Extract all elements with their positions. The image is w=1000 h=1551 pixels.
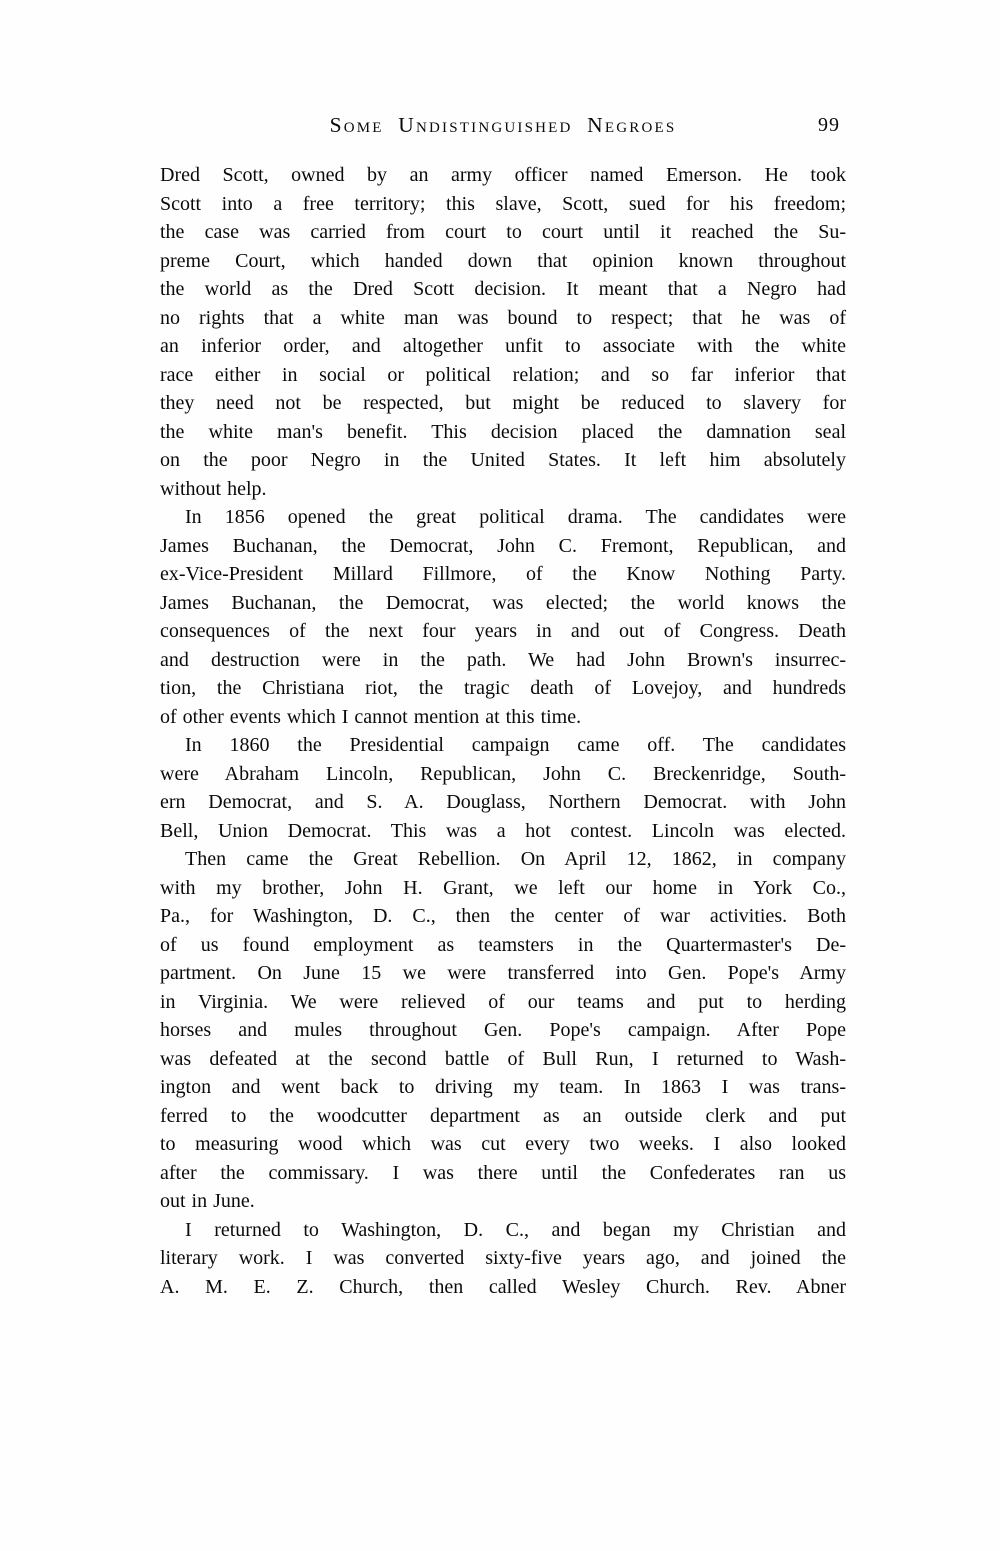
text-line: with my brother, John H. Grant, we left … xyxy=(160,874,846,903)
paragraph: Dred Scott, owned by an army officer nam… xyxy=(160,161,846,503)
text-line: were Abraham Lincoln, Republican, John C… xyxy=(160,760,846,789)
text-line: James Buchanan, the Democrat, was electe… xyxy=(160,589,846,618)
text-line: an inferior order, and altogether unfit … xyxy=(160,332,846,361)
text-line: ern Democrat, and S. A. Douglass, Northe… xyxy=(160,788,846,817)
paragraph: In 1860 the Presidential campaign came o… xyxy=(160,731,846,845)
text-line: In 1856 opened the great political drama… xyxy=(160,503,846,532)
text-line: of us found employment as teamsters in t… xyxy=(160,931,846,960)
text-line: James Buchanan, the Democrat, John C. Fr… xyxy=(160,532,846,561)
text-line: the case was carried from court to court… xyxy=(160,218,846,247)
text-line: without help. xyxy=(160,475,846,504)
text-line: race either in social or political relat… xyxy=(160,361,846,390)
text-line: they need not be respected, but might be… xyxy=(160,389,846,418)
body-text: Dred Scott, owned by an army officer nam… xyxy=(160,161,846,1301)
running-header-title: Some Undistinguished Negroes xyxy=(160,112,846,138)
text-line: to measuring wood which was cut every tw… xyxy=(160,1130,846,1159)
text-line: A. M. E. Z. Church, then called Wesley C… xyxy=(160,1273,846,1302)
text-line: and destruction were in the path. We had… xyxy=(160,646,846,675)
text-line: Then came the Great Rebellion. On April … xyxy=(160,845,846,874)
text-line: literary work. I was converted sixty-fiv… xyxy=(160,1244,846,1273)
text-line: on the poor Negro in the United States. … xyxy=(160,446,846,475)
text-column: Some Undistinguished Negroes 99 Dred Sco… xyxy=(160,112,846,1301)
text-line: out in June. xyxy=(160,1187,846,1216)
text-line: In 1860 the Presidential campaign came o… xyxy=(160,731,846,760)
text-line: ex-Vice-President Millard Fillmore, of t… xyxy=(160,560,846,589)
text-line: I returned to Washington, D. C., and beg… xyxy=(160,1216,846,1245)
text-line: Scott into a free territory; this slave,… xyxy=(160,190,846,219)
text-line: was defeated at the second battle of Bul… xyxy=(160,1045,846,1074)
text-line: partment. On June 15 we were transferred… xyxy=(160,959,846,988)
text-line: of other events which I cannot mention a… xyxy=(160,703,846,732)
text-line: in Virginia. We were relieved of our tea… xyxy=(160,988,846,1017)
book-page: Some Undistinguished Negroes 99 Dred Sco… xyxy=(0,0,1000,1551)
text-line: horses and mules throughout Gen. Pope's … xyxy=(160,1016,846,1045)
text-line: the world as the Dred Scott decision. It… xyxy=(160,275,846,304)
text-line: after the commissary. I was there until … xyxy=(160,1159,846,1188)
text-line: no rights that a white man was bound to … xyxy=(160,304,846,333)
text-line: tion, the Christiana riot, the tragic de… xyxy=(160,674,846,703)
text-line: Bell, Union Democrat. This was a hot con… xyxy=(160,817,846,846)
paragraph: In 1856 opened the great political drama… xyxy=(160,503,846,731)
paragraph: I returned to Washington, D. C., and beg… xyxy=(160,1216,846,1302)
text-line: Dred Scott, owned by an army officer nam… xyxy=(160,161,846,190)
paragraph: Then came the Great Rebellion. On April … xyxy=(160,845,846,1216)
page-header: Some Undistinguished Negroes 99 xyxy=(160,112,846,138)
text-line: the white man's benefit. This decision p… xyxy=(160,418,846,447)
text-line: ington and went back to driving my team.… xyxy=(160,1073,846,1102)
text-line: ferred to the woodcutter department as a… xyxy=(160,1102,846,1131)
text-line: preme Court, which handed down that opin… xyxy=(160,247,846,276)
text-line: consequences of the next four years in a… xyxy=(160,617,846,646)
page-number: 99 xyxy=(818,112,840,138)
text-line: Pa., for Washington, D. C., then the cen… xyxy=(160,902,846,931)
